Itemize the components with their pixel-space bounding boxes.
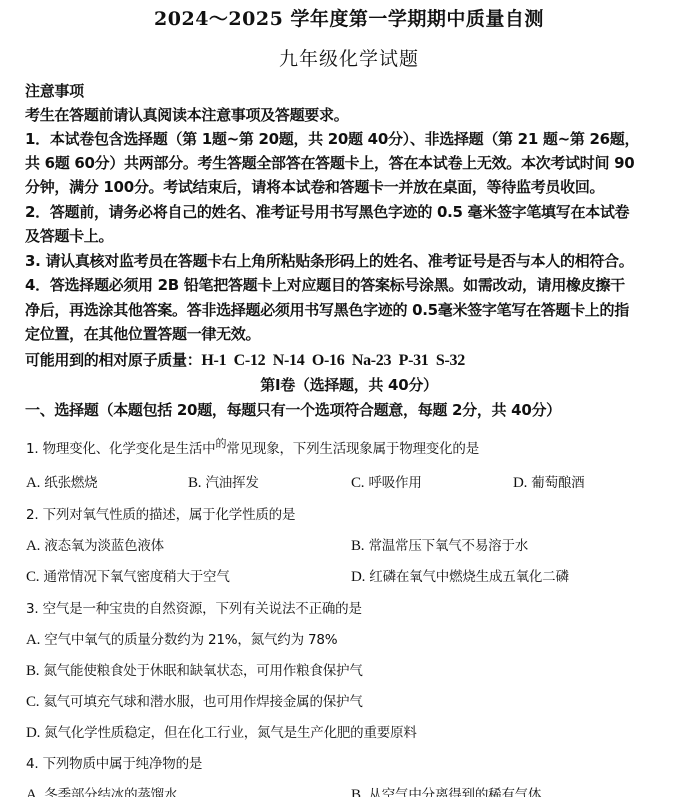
notice-line-8: 净后，再选涂其他答案。答非选择题必须用书写黑色字迹的 0.5毫米签字笔写在答题卡… — [25, 299, 629, 320]
question-4-option-b: B. 从空气中分离得到的稀有气体 — [351, 783, 541, 797]
question-2-option-c: C. 通常情况下氧气密度稍大于空气 — [26, 565, 230, 586]
notice-line-7: 4．答选择题必须用 2B 铅笔把答题卡上对应题目的答案标号涂黑。如需改动，请用橡… — [25, 274, 625, 295]
atomic-masses-values: H-1 C-12 N-14 O-16 Na-23 P-31 S-32 — [201, 352, 465, 369]
atomic-masses-label: 可能用到的相对原子质量： — [25, 351, 201, 369]
exam-title: 2024～2025 学年度第一学期期中质量自测 — [0, 4, 698, 31]
notice-line-4: 2．答题前，请务必将自己的姓名、准考证号用书写黑色字迹的 0.5 毫米签字笔填写… — [25, 201, 629, 222]
question-2-option-a: A. 液态氧为淡蓝色液体 — [26, 534, 164, 555]
question-3-option-b: B. 氮气能使粮食处于休眠和缺氧状态，可用作粮食保护气 — [26, 659, 363, 680]
question-4-option-a: A. 冬季部分结冰的蒸馏水 — [26, 783, 177, 797]
question-2-option-b: B. 常温常压下氧气不易溶于水 — [351, 534, 528, 555]
exam-page: 2024～2025 学年度第一学期期中质量自测 九年级化学试题 注意事项 考生在… — [0, 0, 698, 797]
notice-line-9: 定位置，在其他位置答题一律无效。 — [25, 323, 260, 344]
question-2-option-d: D. 红磷在氧气中燃烧生成五氧化二磷 — [351, 565, 569, 586]
atomic-masses: 可能用到的相对原子质量：H-1 C-12 N-14 O-16 Na-23 P-3… — [25, 349, 465, 370]
notice-line-6: 3. 请认真核对监考员在答题卡右上角所粘贴条形码上的姓名、准考证号是否与本人的相… — [25, 250, 633, 271]
question-1-stem: 1. 物理变化、化学变化是生活中的常见现象，下列生活现象属于物理变化的是 — [26, 437, 479, 457]
question-3-stem: 3. 空气是一种宝贵的自然资源，下列有关说法不正确的是 — [26, 597, 362, 617]
question-3-option-c: C. 氦气可填充气球和潜水服，也可用作焊接金属的保护气 — [26, 690, 363, 711]
question-1-option-a: A. 纸张燃烧 — [26, 471, 97, 492]
question-2-stem: 2. 下列对氧气性质的描述，属于化学性质的是 — [26, 503, 295, 523]
question-4-stem: 4. 下列物质中属于纯净物的是 — [26, 752, 202, 772]
volume-title: 第Ⅰ卷（选择题，共 40分） — [0, 374, 698, 395]
notice-line-1: 1．本试卷包含选择题（第 1题~第 20题，共 20题 40分）、非选择题（第 … — [25, 128, 639, 149]
raised-char: 的 — [215, 437, 226, 450]
part-title: 一、选择题（本题包括 20题，每题只有一个选项符合题意，每题 2分，共 40分） — [25, 399, 561, 420]
notice-line-5: 及答题卡上。 — [25, 225, 113, 246]
question-1-option-b: B. 汽油挥发 — [188, 471, 259, 492]
notice-heading: 注意事项 — [25, 80, 84, 101]
question-1-option-c: C. 呼吸作用 — [351, 471, 422, 492]
notice-line-2: 共 6题 60分）共两部分。考生答题全部答在答题卡上，答在本试卷上无效。本次考试… — [25, 152, 634, 173]
notice-line-3: 分钟，满分 100分。考试结束后，请将本试卷和答题卡一并放在桌面，等待监考员收回… — [25, 176, 604, 197]
question-3-option-d: D. 氮气化学性质稳定，但在化工行业，氮气是生产化肥的重要原料 — [26, 721, 417, 742]
exam-subtitle: 九年级化学试题 — [0, 44, 698, 71]
question-3-option-a: A. 空气中氧气的质量分数约为 21%，氮气约为 78% — [26, 628, 337, 649]
question-1-option-d: D. 葡萄酿酒 — [513, 471, 584, 492]
notice-intro: 考生在答题前请认真阅读本注意事项及答题要求。 — [25, 104, 348, 125]
